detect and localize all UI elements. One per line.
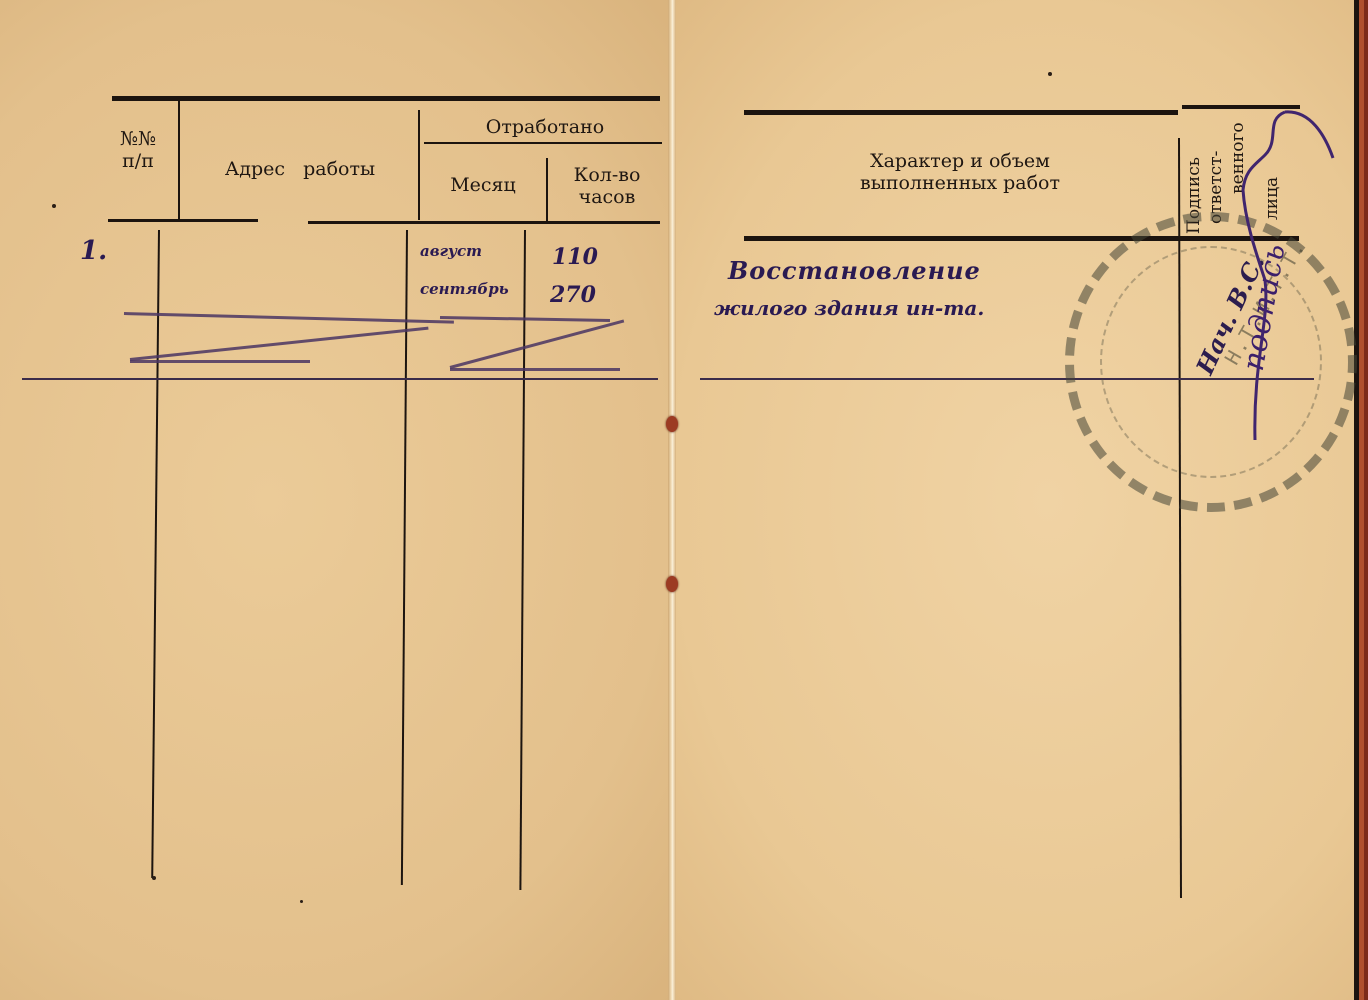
cover-edge bbox=[1356, 0, 1368, 1000]
header-worked: Отработано bbox=[430, 116, 660, 138]
header-hours: Кол-во часов bbox=[552, 164, 662, 208]
left-top-rule bbox=[112, 96, 660, 101]
worked-group-rule bbox=[424, 142, 662, 144]
header-signature-line2: ответст- bbox=[1206, 114, 1226, 224]
binding-staple-bottom bbox=[666, 576, 678, 592]
row-1-month-2: сентябрь bbox=[420, 280, 509, 298]
header-work: Характер и объем выполненных работ bbox=[790, 150, 1130, 194]
col-divider-1-header bbox=[178, 101, 180, 221]
paper-speck bbox=[1048, 72, 1052, 76]
header-work-line1: Характер и объем bbox=[790, 150, 1130, 172]
cancel-stroke-bottom-right bbox=[450, 368, 620, 371]
col-divider-3-header bbox=[546, 158, 548, 224]
row-1-month-1: август bbox=[420, 242, 482, 260]
header-number-line1: №№ bbox=[108, 128, 168, 150]
paper-speck bbox=[152, 876, 156, 880]
paper-speck bbox=[52, 204, 56, 208]
row-end-line-left bbox=[22, 378, 658, 380]
paper-speck bbox=[300, 900, 303, 903]
center-fold bbox=[668, 0, 676, 1000]
left-header-bottom-rule-a bbox=[108, 219, 258, 222]
header-number: №№ п/п bbox=[108, 128, 168, 172]
header-work-line2: выполненных работ bbox=[790, 172, 1130, 194]
binding-staple-top bbox=[666, 416, 678, 432]
left-header-bottom-rule-b bbox=[308, 221, 660, 224]
row-1-hours-1: 110 bbox=[552, 244, 598, 270]
right-top-rule-b bbox=[1182, 105, 1300, 109]
header-address: Адрес работы bbox=[190, 158, 410, 180]
header-hours-line2: часов bbox=[552, 186, 662, 208]
work-description-line2: жилого здания ин-та. bbox=[714, 296, 984, 320]
page-right-border bbox=[1354, 0, 1357, 1000]
signature-flourish bbox=[1225, 110, 1335, 450]
row-1-number: 1. bbox=[80, 236, 107, 266]
header-number-line2: п/п bbox=[108, 150, 168, 172]
cancel-stroke-bottom-left bbox=[130, 360, 310, 363]
row-1-hours-2: 270 bbox=[550, 282, 596, 308]
header-month: Месяц bbox=[428, 174, 538, 196]
header-hours-line1: Кол-во bbox=[552, 164, 662, 186]
left-page bbox=[0, 0, 672, 1000]
right-top-rule-a bbox=[744, 110, 1178, 115]
work-description-line1: Восстановление bbox=[728, 256, 981, 285]
col-divider-2-header bbox=[418, 110, 420, 220]
